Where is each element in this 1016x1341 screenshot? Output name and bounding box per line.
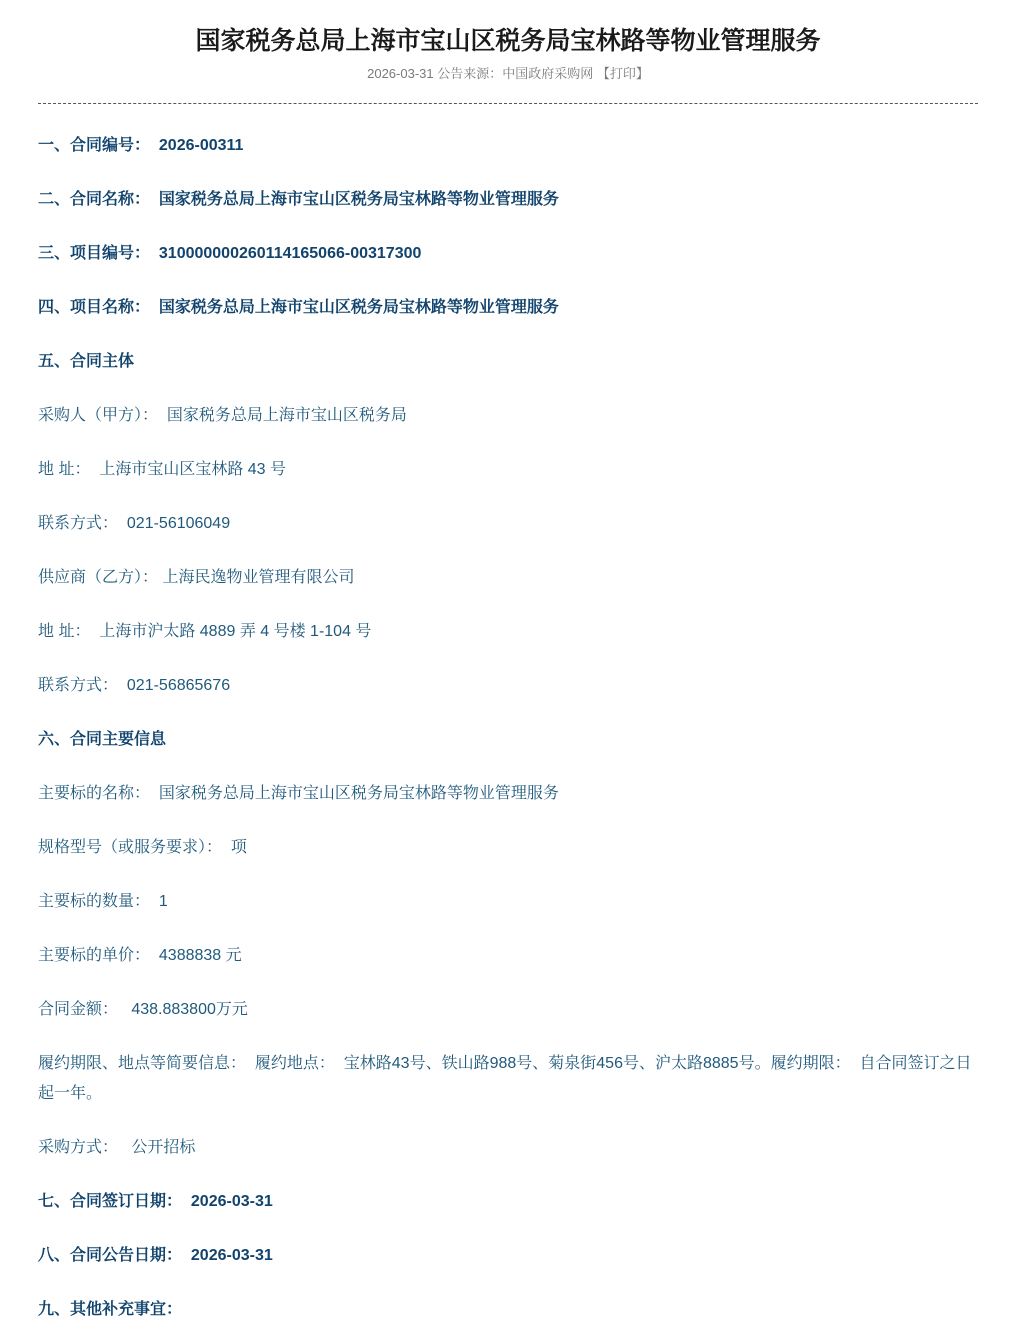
field-purchaser-contact: 联系方式： 021-56106049 bbox=[38, 509, 978, 539]
section-contract-parties: 五、合同主体 bbox=[38, 347, 978, 377]
section-contract-sign-date: 七、合同签订日期： 2026-03-31 bbox=[38, 1187, 978, 1217]
announcement-source: 公告来源：中国政府采购网 bbox=[437, 66, 593, 81]
field-spec-model: 规格型号（或服务要求）： 项 bbox=[38, 833, 978, 863]
field-purchaser-address: 地 址： 上海市宝山区宝林路 43 号 bbox=[38, 455, 978, 485]
field-supplier-contact: 联系方式： 021-56865676 bbox=[38, 671, 978, 701]
field-purchaser: 采购人（甲方）： 国家税务总局上海市宝山区税务局 bbox=[38, 401, 978, 431]
field-subject-name: 主要标的名称： 国家税务总局上海市宝山区税务局宝林路等物业管理服务 bbox=[38, 779, 978, 809]
field-supplier-address: 地 址： 上海市沪太路 4889 弄 4 号楼 1-104 号 bbox=[38, 617, 978, 647]
announcement-page: 国家税务总局上海市宝山区税务局宝林路等物业管理服务 2026-03-31 公告来… bbox=[0, 0, 1016, 1325]
field-contract-amount: 合同金额： 438.883800万元 bbox=[38, 995, 978, 1025]
page-header: 国家税务总局上海市宝山区税务局宝林路等物业管理服务 2026-03-31 公告来… bbox=[38, 0, 978, 84]
section-project-number: 三、项目编号： 310000000260114165066-00317300 bbox=[38, 239, 978, 269]
section-contract-main-info: 六、合同主要信息 bbox=[38, 725, 978, 755]
field-performance-info: 履约期限、地点等简要信息： 履约地点： 宝林路43号、铁山路988号、菊泉街45… bbox=[38, 1049, 978, 1109]
section-contract-number: 一、合同编号： 2026-00311 bbox=[38, 131, 978, 161]
field-procurement-method: 采购方式： 公开招标 bbox=[38, 1133, 978, 1163]
section-other-notes: 九、其他补充事宜： bbox=[38, 1295, 978, 1325]
field-subject-quantity: 主要标的数量： 1 bbox=[38, 887, 978, 917]
print-button[interactable]: 【打印】 bbox=[597, 66, 649, 81]
announcement-date: 2026-03-31 bbox=[367, 66, 434, 81]
page-title: 国家税务总局上海市宝山区税务局宝林路等物业管理服务 bbox=[38, 24, 978, 58]
field-subject-unit-price: 主要标的单价： 4388838 元 bbox=[38, 941, 978, 971]
section-project-name: 四、项目名称： 国家税务总局上海市宝山区税务局宝林路等物业管理服务 bbox=[38, 293, 978, 323]
section-contract-announce-date: 八、合同公告日期： 2026-03-31 bbox=[38, 1241, 978, 1271]
field-supplier: 供应商（乙方）： 上海民逸物业管理有限公司 bbox=[38, 563, 978, 593]
contract-content: 一、合同编号： 2026-00311 二、合同名称： 国家税务总局上海市宝山区税… bbox=[38, 104, 978, 1325]
meta-line: 2026-03-31 公告来源：中国政府采购网 【打印】 bbox=[38, 64, 978, 84]
section-contract-name: 二、合同名称： 国家税务总局上海市宝山区税务局宝林路等物业管理服务 bbox=[38, 185, 978, 215]
